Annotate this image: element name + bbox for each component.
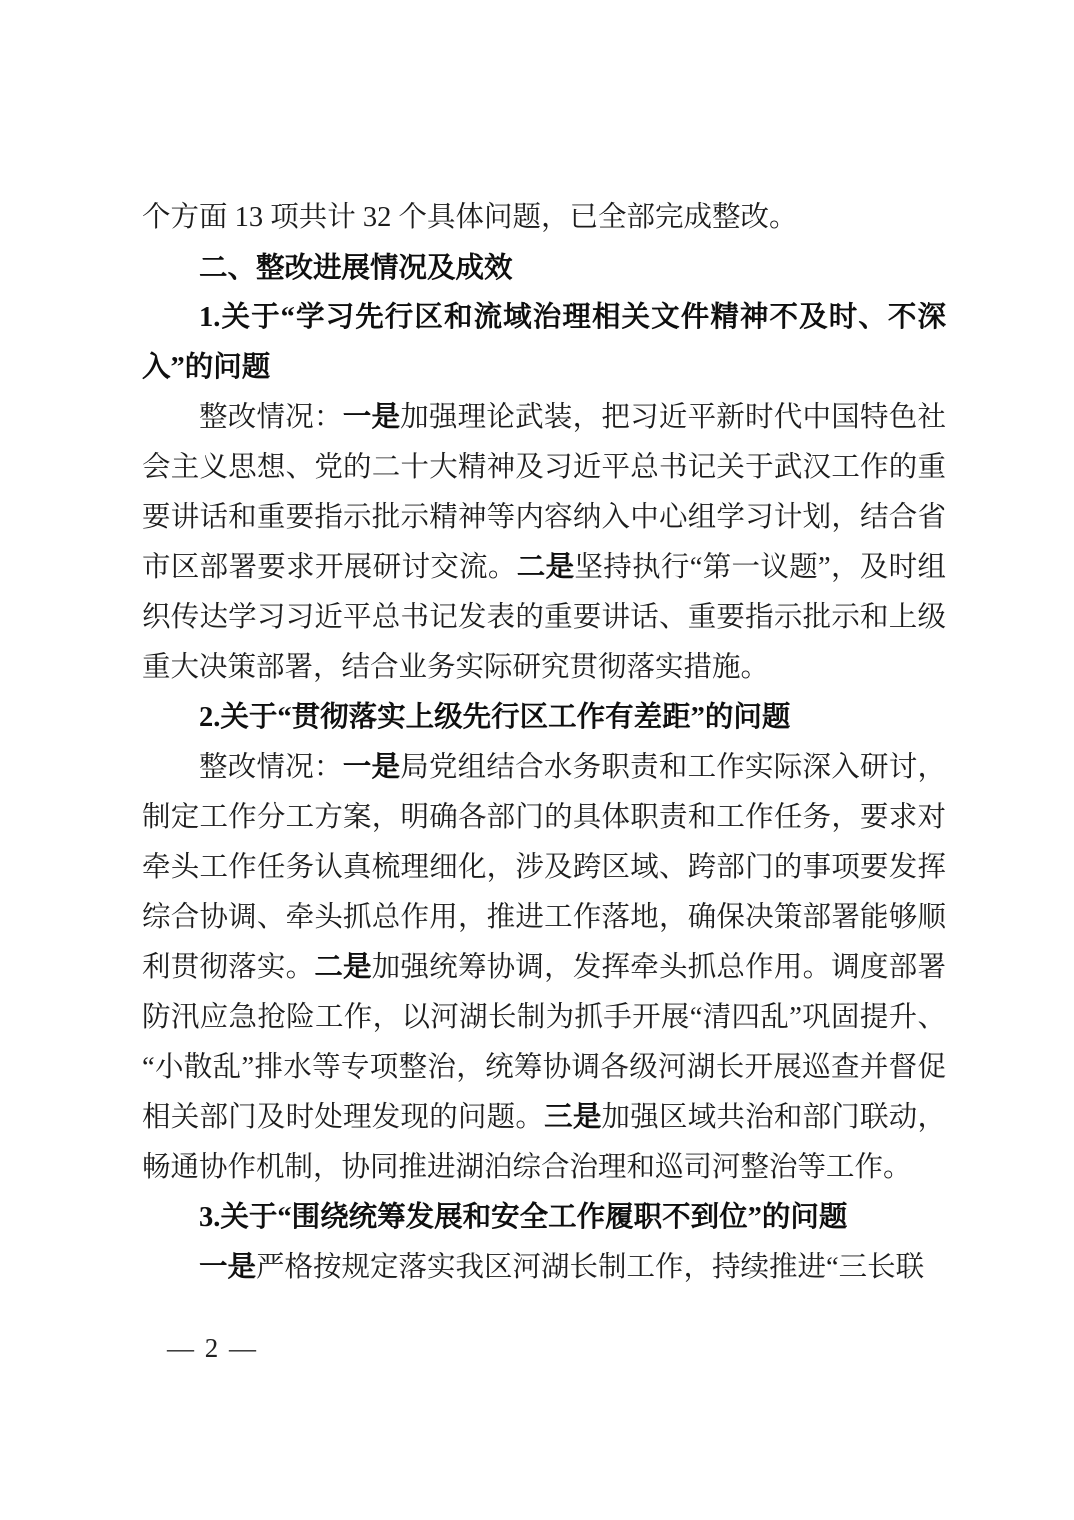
paragraph: 整改情况：一是加强理论武装，把习近平新时代中国特色社会主义思想、党的二十大精神及… [142,393,946,693]
paragraph: 整改情况：一是局党组结合水务职责和工作实际深入研讨，制定工作分工方案，明确各部门… [142,743,946,1193]
text-run: 严格按规定落实我区河湖长制工作，持续推进“三长联 [256,1252,924,1283]
document-page: 个方面 13 项共计 32 个具体问题，已全部完成整改。二、整改进展情况及成效1… [0,0,1074,1520]
emphasis-run: 2.关于“贯彻落实上级先行区工作有差距”的问题 [199,702,790,733]
emphasis-run: 三是 [544,1102,601,1133]
heading-item: 2.关于“贯彻落实上级先行区工作有差距”的问题 [142,693,946,743]
text-run: 整改情况： [199,752,343,783]
emphasis-run: 一是 [343,752,400,783]
emphasis-run: 一是 [199,1252,256,1283]
heading-item: 1.关于“学习先行区和流域治理相关文件精神不及时、不深入”的问题 [142,293,946,393]
paragraph: 一是严格按规定落实我区河湖长制工作，持续推进“三长联 [142,1243,946,1293]
paragraph: 个方面 13 项共计 32 个具体问题，已全部完成整改。 [142,193,946,243]
heading-item: 3.关于“围绕统筹发展和安全工作履职不到位”的问题 [142,1193,946,1243]
text-run: 整改情况： [199,402,343,433]
emphasis-run: 二、整改进展情况及成效 [199,252,513,284]
text-run: 局党组结合水务职责和工作实际深入研讨，制定工作分工方案，明确各部门的具体职责和工… [142,752,946,983]
emphasis-run: 一是 [343,402,400,433]
emphasis-run: 二是 [314,952,371,983]
emphasis-run: 3.关于“围绕统筹发展和安全工作履职不到位”的问题 [199,1202,847,1233]
page-number: — 2 — [167,1330,258,1366]
heading-section: 二、整改进展情况及成效 [142,243,946,293]
document-body: 个方面 13 项共计 32 个具体问题，已全部完成整改。二、整改进展情况及成效1… [142,193,946,1293]
emphasis-run: 1.关于“学习先行区和流域治理相关文件精神不及时、不深入”的问题 [142,302,946,383]
emphasis-run: 二是 [517,552,575,583]
text-run: 个方面 13 项共计 32 个具体问题，已全部完成整改。 [142,202,798,233]
